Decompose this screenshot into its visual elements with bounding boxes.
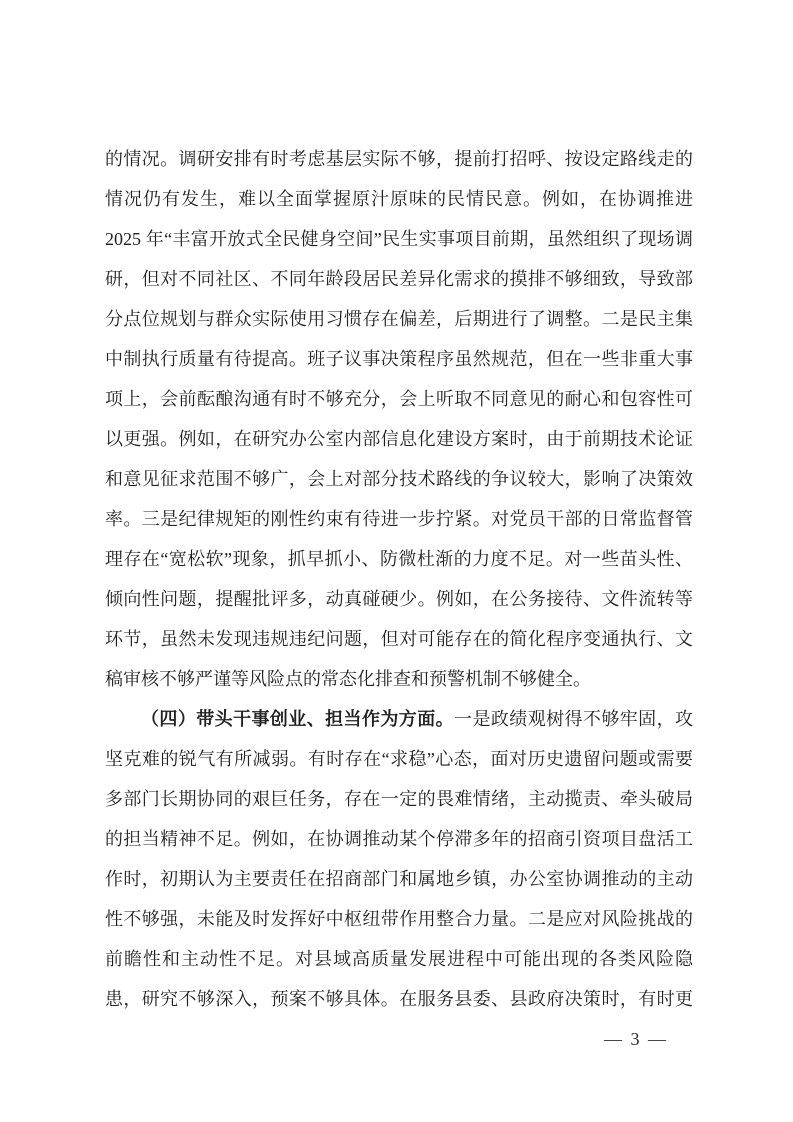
text-segment: 前瞻性和主动性不足。对县域高质量发展进程中可能出现的各类风险隐 bbox=[105, 949, 693, 969]
text-line: 2025 年“丰富开放式全民健身空间”民生实事项目前期，虽然组织了现场调 bbox=[105, 219, 693, 259]
page-number: — 3 — bbox=[598, 1026, 674, 1052]
text-line: 环节，虽然未发现违规违纪问题，但对可能存在的简化程序变通执行、文 bbox=[105, 619, 693, 659]
text-line: 中制执行质量有待提高。班子议事决策程序虽然规范，但在一些非重大事 bbox=[105, 339, 693, 379]
text-segment: 多部门长期协同的艰巨任务，存在一定的畏难情绪，主动揽责、牵头破局 bbox=[105, 789, 693, 809]
text-segment: 2025 年“丰富开放式全民健身空间”民生实事项目前期，虽然组织了现场调 bbox=[105, 229, 693, 249]
text-segment: 率。三是纪律规矩的刚性约束有待进一步拧紧。对党员干部的日常监督管 bbox=[105, 509, 693, 529]
text-segment: 倾向性问题，提醒批评多，动真碰硬少。例如，在公务接待、文件流转等 bbox=[105, 589, 693, 609]
text-line: 性不够强，未能及时发挥好中枢纽带作用整合力量。二是应对风险挑战的 bbox=[105, 899, 693, 939]
text-line: 稿审核不够严谨等风险点的常态化排查和预警机制不够健全。 bbox=[105, 659, 693, 699]
text-line: 的情况。调研安排有时考虑基层实际不够，提前打招呼、按设定路线走的 bbox=[105, 139, 693, 179]
text-line: 以更强。例如，在研究办公室内部信息化建设方案时，由于前期技术论证 bbox=[105, 419, 693, 459]
text-segment: 坚克难的锐气有所减弱。有时存在“求稳”心态，面对历史遗留问题或需要 bbox=[105, 749, 693, 769]
text-line: 的担当精神不足。例如，在协调推动某个停滞多年的招商引资项目盘活工 bbox=[105, 819, 693, 859]
text-line: 多部门长期协同的艰巨任务，存在一定的畏难情绪，主动揽责、牵头破局 bbox=[105, 779, 693, 819]
text-segment: 中制执行质量有待提高。班子议事决策程序虽然规范，但在一些非重大事 bbox=[105, 349, 693, 369]
text-line: 和意见征求范围不够广，会上对部分技术路线的争议较大，影响了决策效 bbox=[105, 459, 693, 499]
text-line: （四）带头干事创业、担当作为方面。一是政绩观树得不够牢固，攻 bbox=[105, 699, 693, 739]
text-line: 分点位规划与群众实际使用习惯存在偏差，后期进行了调整。二是民主集 bbox=[105, 299, 693, 339]
text-line: 项上，会前酝酿沟通有时不够充分，会上听取不同意见的耐心和包容性可 bbox=[105, 379, 693, 419]
text-segment: 环节，虽然未发现违规违纪问题，但对可能存在的简化程序变通执行、文 bbox=[105, 629, 693, 649]
document-page: 的情况。调研安排有时考虑基层实际不够，提前打招呼、按设定路线走的情况仍有发生，难… bbox=[0, 0, 793, 1122]
text-line: 率。三是纪律规矩的刚性约束有待进一步拧紧。对党员干部的日常监督管 bbox=[105, 499, 693, 539]
text-segment: 性不够强，未能及时发挥好中枢纽带作用整合力量。二是应对风险挑战的 bbox=[105, 909, 693, 929]
text-line: 情况仍有发生，难以全面掌握原汁原味的民情民意。例如，在协调推进 bbox=[105, 179, 693, 219]
text-segment: 的担当精神不足。例如，在协调推动某个停滞多年的招商引资项目盘活工 bbox=[105, 829, 693, 849]
text-line: 理存在“宽松软”现象，抓早抓小、防微杜渐的力度不足。对一些苗头性、 bbox=[105, 539, 693, 579]
text-segment: 一是政绩观树得不够牢固，攻 bbox=[454, 709, 693, 729]
section-heading-segment: （四）带头干事创业、担当作为方面。 bbox=[141, 709, 454, 729]
text-segment: 作时，初期认为主要责任在招商部门和属地乡镇，办公室协调推动的主动 bbox=[105, 869, 693, 889]
text-line: 坚克难的锐气有所减弱。有时存在“求稳”心态，面对历史遗留问题或需要 bbox=[105, 739, 693, 779]
text-line: 作时，初期认为主要责任在招商部门和属地乡镇，办公室协调推动的主动 bbox=[105, 859, 693, 899]
text-segment: 的情况。调研安排有时考虑基层实际不够，提前打招呼、按设定路线走的 bbox=[105, 149, 693, 169]
text-segment: 稿审核不够严谨等风险点的常态化排查和预警机制不够健全。 bbox=[105, 669, 591, 689]
text-segment: 患，研究不够深入，预案不够具体。在服务县委、县政府决策时，有时更 bbox=[105, 989, 693, 1009]
text-line: 前瞻性和主动性不足。对县域高质量发展进程中可能出现的各类风险隐 bbox=[105, 939, 693, 979]
text-line: 研，但对不同社区、不同年龄段居民差异化需求的摸排不够细致，导致部 bbox=[105, 259, 693, 299]
text-segment: 分点位规划与群众实际使用习惯存在偏差，后期进行了调整。二是民主集 bbox=[105, 309, 693, 329]
text-segment: 和意见征求范围不够广，会上对部分技术路线的争议较大，影响了决策效 bbox=[105, 469, 693, 489]
text-segment: 研，但对不同社区、不同年龄段居民差异化需求的摸排不够细致，导致部 bbox=[105, 269, 693, 289]
text-segment: 以更强。例如，在研究办公室内部信息化建设方案时，由于前期技术论证 bbox=[105, 429, 693, 449]
text-segment: 项上，会前酝酿沟通有时不够充分，会上听取不同意见的耐心和包容性可 bbox=[105, 389, 693, 409]
document-text-block: 的情况。调研安排有时考虑基层实际不够，提前打招呼、按设定路线走的情况仍有发生，难… bbox=[105, 139, 693, 1019]
text-segment: 情况仍有发生，难以全面掌握原汁原味的民情民意。例如，在协调推进 bbox=[105, 189, 693, 209]
text-line: 倾向性问题，提醒批评多，动真碰硬少。例如，在公务接待、文件流转等 bbox=[105, 579, 693, 619]
text-segment: 理存在“宽松软”现象，抓早抓小、防微杜渐的力度不足。对一些苗头性、 bbox=[105, 549, 693, 569]
text-line: 患，研究不够深入，预案不够具体。在服务县委、县政府决策时，有时更 bbox=[105, 979, 693, 1019]
